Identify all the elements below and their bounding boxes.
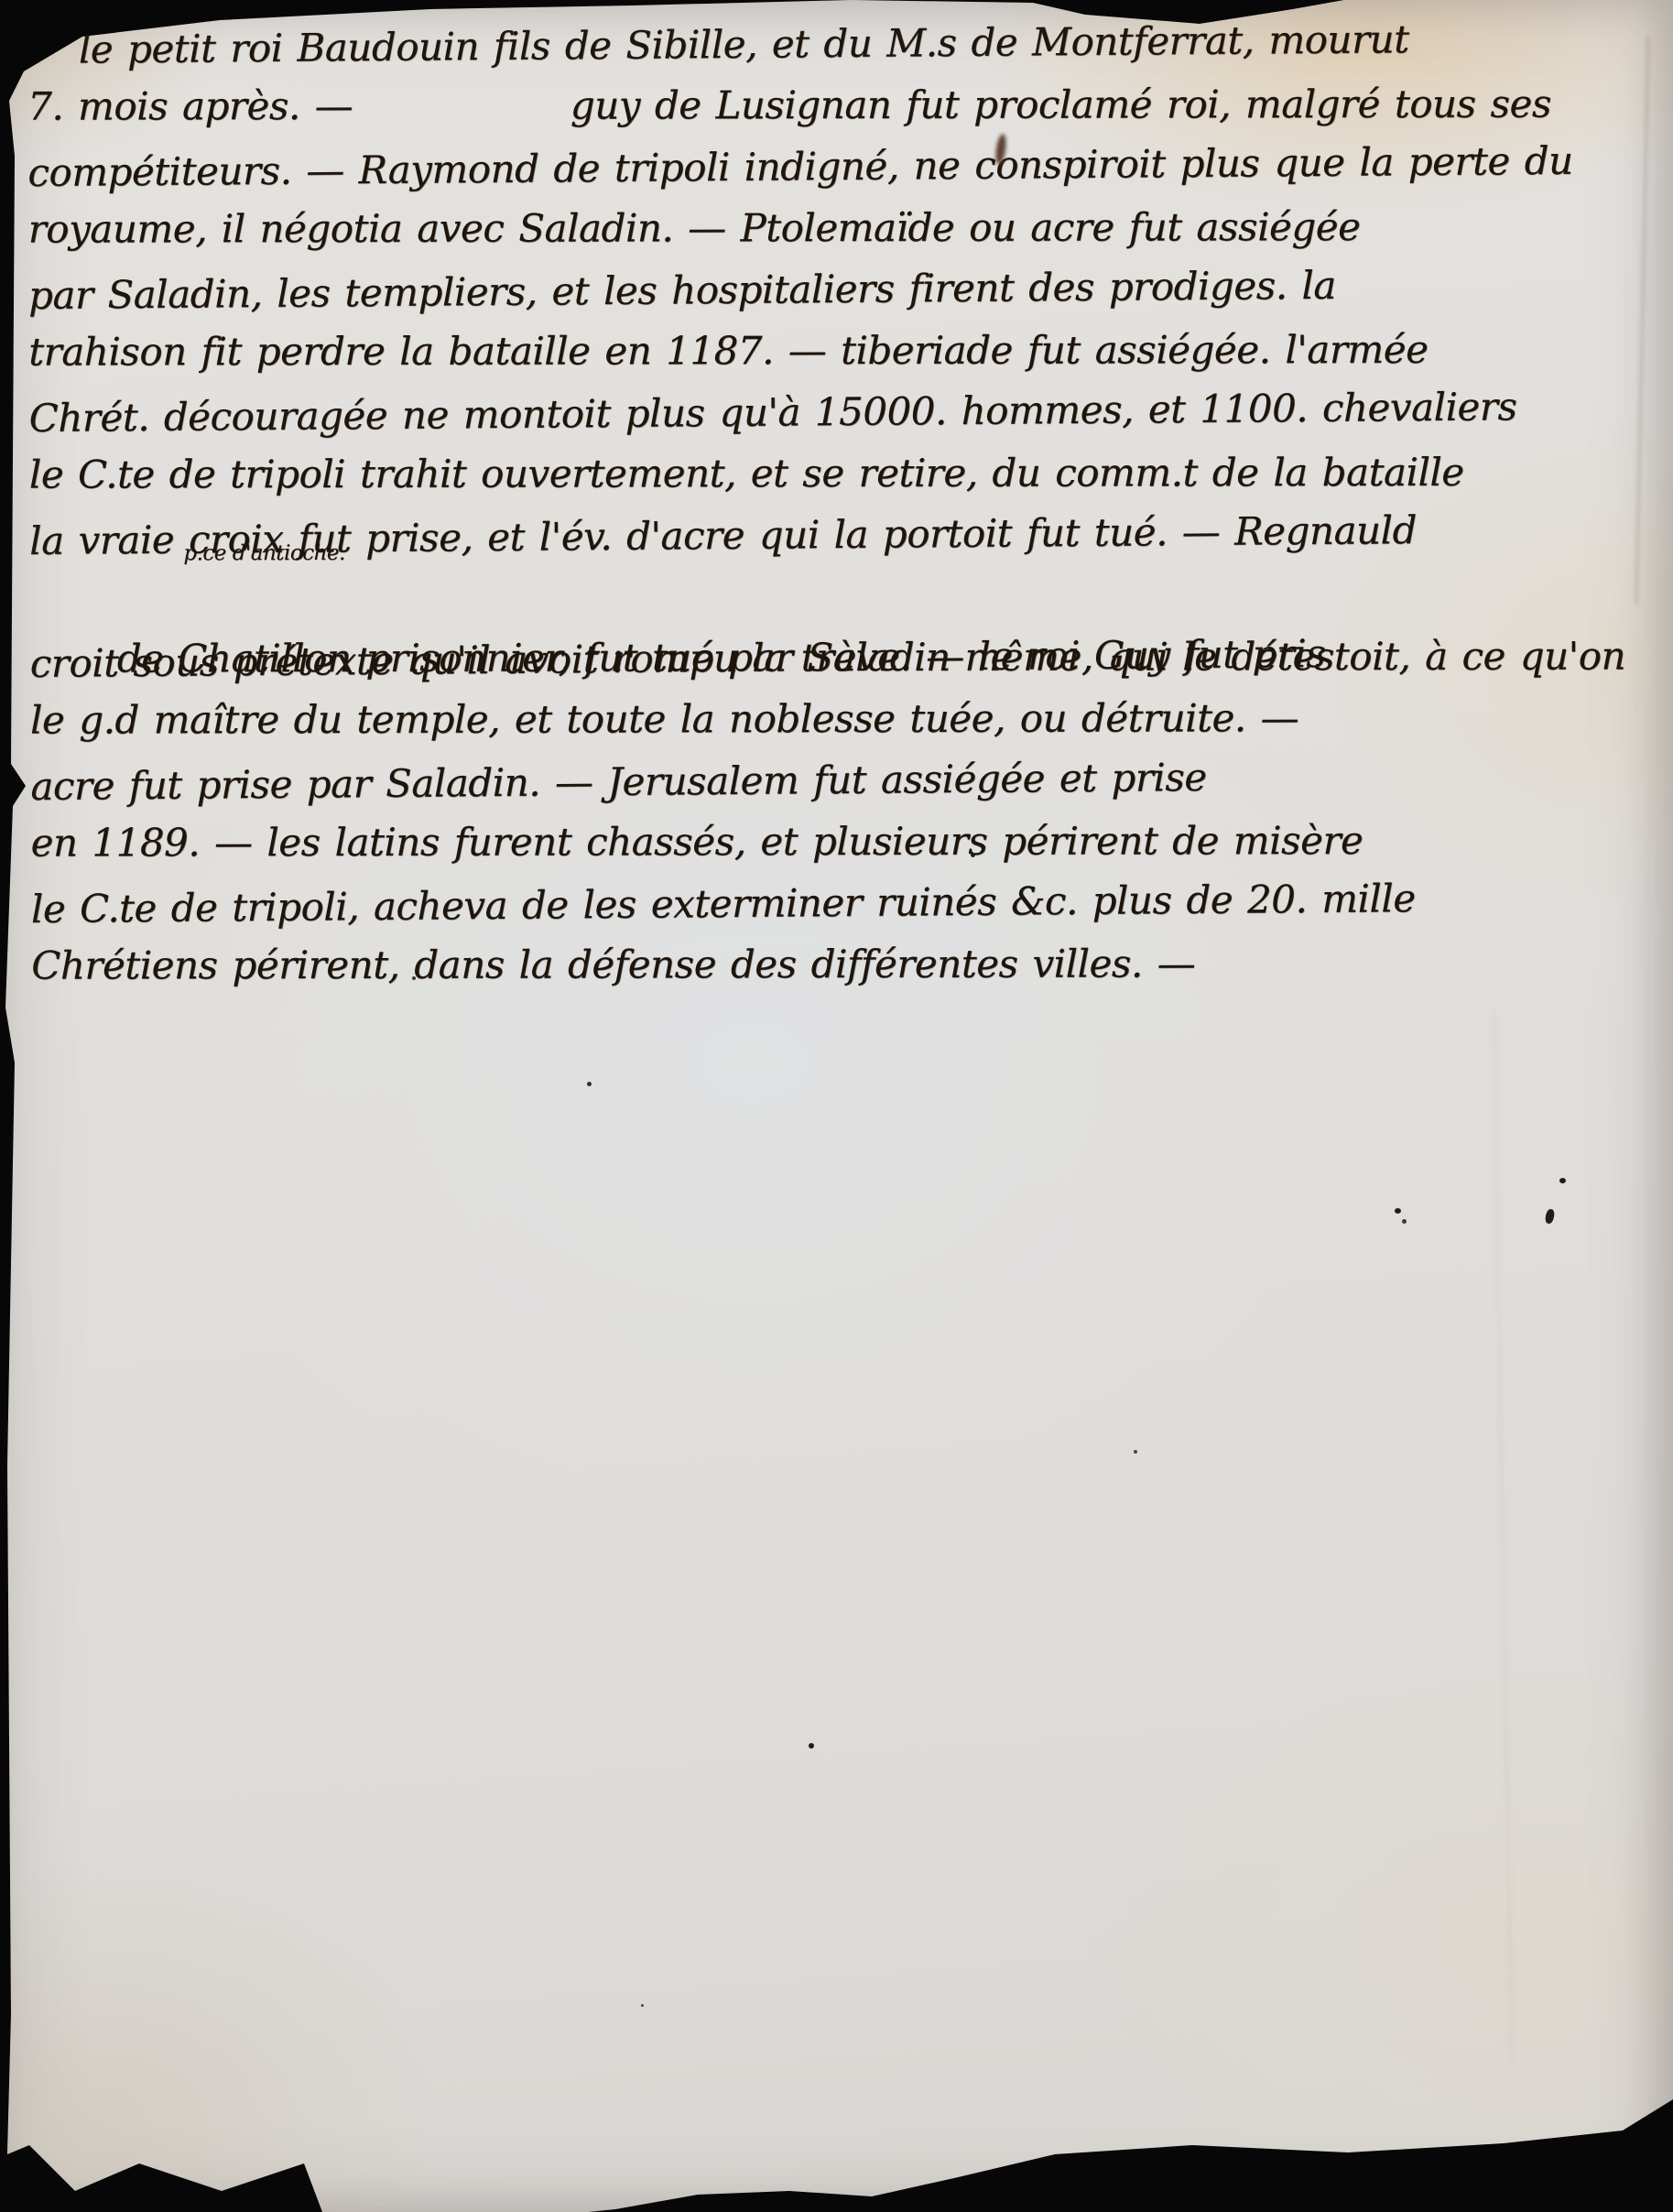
interline-insertion: p.ce d'antioche.	[183, 543, 345, 564]
line-text: 7. mois après. — guy de Lusignan fut pro…	[27, 82, 1551, 129]
manuscript-line: p.ce d'antioche.de Chatillon prisonnier,…	[29, 563, 1653, 627]
line-text: royaume, il négotia avec Saladin. — Ptol…	[28, 204, 1361, 252]
manuscript-line: 7. mois après. — guy de Lusignan fut pro…	[27, 72, 1651, 136]
line-text: le petit roi Baudouin fils de Sibille, e…	[79, 16, 1409, 71]
line-text: croit sous prétexte qu'il avoit rompu la…	[30, 631, 1326, 686]
line-text: Chrét. découragée ne montoit plus qu'à 1…	[28, 384, 1516, 441]
line-text: le g.d maître du temple, et toute la nob…	[30, 695, 1298, 742]
line-text: trahison fit perdre la bataille en 1187.…	[28, 327, 1428, 375]
paper-crease-lower	[1493, 1008, 1513, 2061]
line-text: par Saladin, les templiers, et les hospi…	[28, 263, 1336, 318]
manuscript-line: royaume, il négotia avec Saladin. — Ptol…	[28, 195, 1652, 259]
manuscript-line: Chrét. découragée ne montoit plus qu'à 1…	[28, 375, 1652, 449]
ink-speck	[1544, 1208, 1555, 1225]
ink-speck	[809, 1743, 814, 1749]
manuscript-line: le C.te de tripoli trahit ouvertement, e…	[29, 441, 1653, 505]
manuscript-line: le petit roi Baudouin fils de Sibille, e…	[27, 6, 1651, 81]
paper-sheet: le petit roi Baudouin fils de Sibille, e…	[0, 0, 1673, 2212]
ink-speck	[1559, 1178, 1566, 1183]
ink-speck	[1402, 1219, 1407, 1224]
line-text: le C.te de tripoli trahit ouvertement, e…	[29, 450, 1464, 497]
manuscript-line: le g.d maître du temple, et toute la nob…	[30, 686, 1654, 750]
line-text: le C.te de tripoli, acheva de les exterm…	[31, 876, 1416, 932]
ink-speck	[1134, 1450, 1137, 1454]
ink-speck	[971, 853, 975, 857]
ink-speck	[1395, 1208, 1401, 1214]
manuscript-line: le C.te de tripoli, acheva de les exterm…	[31, 866, 1655, 940]
line-text: compétiteurs. — Raymond de tripoli indig…	[27, 138, 1572, 195]
ink-speck	[412, 976, 416, 980]
ink-speck	[641, 2004, 644, 2007]
manuscript-line: trahison fit perdre la bataille en 1187.…	[28, 318, 1652, 382]
line-text: Chrétiens périrent, dans la défense des …	[31, 941, 1195, 987]
manuscript-line: acre fut prise par Saladin. — Jerusalem …	[30, 743, 1654, 817]
line-text: en 1189. — les latins furent chassés, et…	[31, 818, 1363, 866]
photograph-of-manuscript: { "document": { "kind": "handwritten man…	[0, 0, 1673, 2212]
manuscript-text: le petit roi Baudouin fils de Sibille, e…	[27, 9, 1656, 998]
manuscript-line: croit sous prétexte qu'il avoit rompu la…	[29, 620, 1653, 694]
line-text: acre fut prise par Saladin. — Jerusalem …	[30, 755, 1207, 809]
manuscript-line: en 1189. — les latins furent chassés, et…	[31, 809, 1655, 873]
manuscript-line: par Saladin, les templiers, et les hospi…	[28, 252, 1652, 326]
ink-speck	[587, 1082, 592, 1086]
manuscript-line: Chrétiens périrent, dans la défense des …	[31, 932, 1655, 996]
manuscript-line: compétiteurs. — Raymond de tripoli indig…	[27, 129, 1651, 203]
